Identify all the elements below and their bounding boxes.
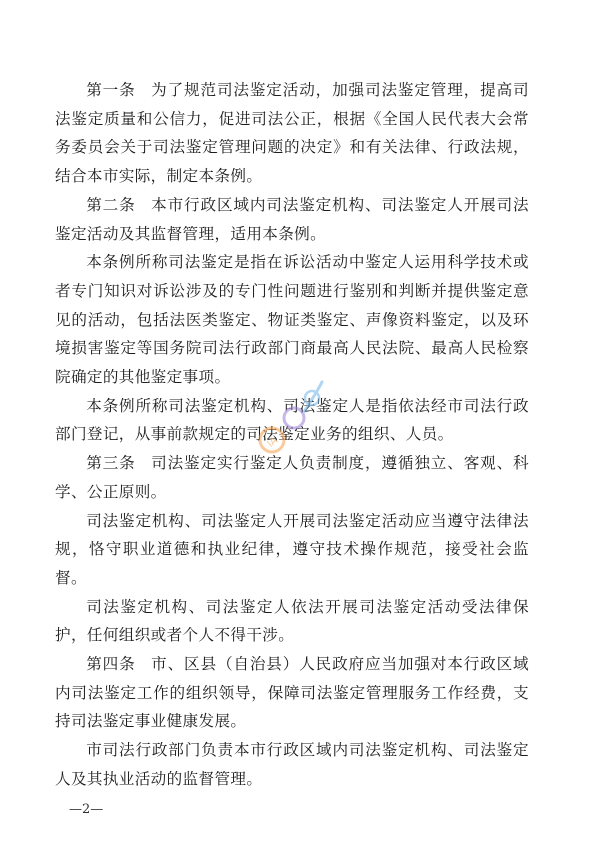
paragraph-text: 市司法行政部门负责本市行政区域内司法鉴定机构、司法鉴定人及其执业活动的监督管理。: [55, 741, 529, 788]
paragraph-article-4: 第四条市、区县（自治县）人民政府应当加强对本行政区域内司法鉴定工作的组织领导，保…: [55, 650, 529, 736]
paragraph-article-1: 第一条为了规范司法鉴定活动，加强司法鉴定管理，提高司法鉴定质量和公信力，促进司法…: [55, 76, 529, 191]
document-page: 第一条为了规范司法鉴定活动，加强司法鉴定管理，提高司法鉴定质量和公信力，促进司法…: [0, 0, 595, 841]
paragraph-protection: 司法鉴定机构、司法鉴定人依法开展司法鉴定活动受法律保护，任何组织或者个人不得干涉…: [55, 593, 529, 650]
paragraph-text: 本条例所称司法鉴定是指在诉讼活动中鉴定人运用科学技术或者专门知识对诉讼涉及的专门…: [55, 253, 529, 386]
article-label: 第二条: [86, 196, 135, 214]
paragraph-article-2: 第二条本市行政区域内司法鉴定机构、司法鉴定人开展司法鉴定活动及其监督管理，适用本…: [55, 191, 529, 248]
article-label: 第四条: [86, 655, 135, 673]
paragraph-text: 司法鉴定机构、司法鉴定人依法开展司法鉴定活动受法律保护，任何组织或者个人不得干涉…: [55, 598, 529, 645]
paragraph-definition: 本条例所称司法鉴定是指在诉讼活动中鉴定人运用科学技术或者专门知识对诉讼涉及的专门…: [55, 248, 529, 392]
paragraph-definition-institution: 本条例所称司法鉴定机构、司法鉴定人是指依法经市司法行政部门登记，从事前款规定的司…: [55, 392, 529, 449]
paragraph-compliance: 司法鉴定机构、司法鉴定人开展司法鉴定活动应当遵守法律法规，恪守职业道德和执业纪律…: [55, 507, 529, 593]
article-label: 第三条: [86, 454, 135, 472]
paragraph-supervision: 市司法行政部门负责本市行政区域内司法鉴定机构、司法鉴定人及其执业活动的监督管理。: [55, 736, 529, 793]
document-body: 第一条为了规范司法鉴定活动，加强司法鉴定管理，提高司法鉴定质量和公信力，促进司法…: [55, 76, 529, 794]
paragraph-article-3: 第三条司法鉴定实行鉴定人负责制度，遵循独立、客观、科学、公正原则。: [55, 449, 529, 506]
article-label: 第一条: [86, 81, 135, 99]
paragraph-text: 本条例所称司法鉴定机构、司法鉴定人是指依法经市司法行政部门登记，从事前款规定的司…: [55, 397, 529, 444]
paragraph-text: 司法鉴定机构、司法鉴定人开展司法鉴定活动应当遵守法律法规，恪守职业道德和执业纪律…: [55, 512, 529, 587]
page-number: —2—: [69, 802, 103, 817]
